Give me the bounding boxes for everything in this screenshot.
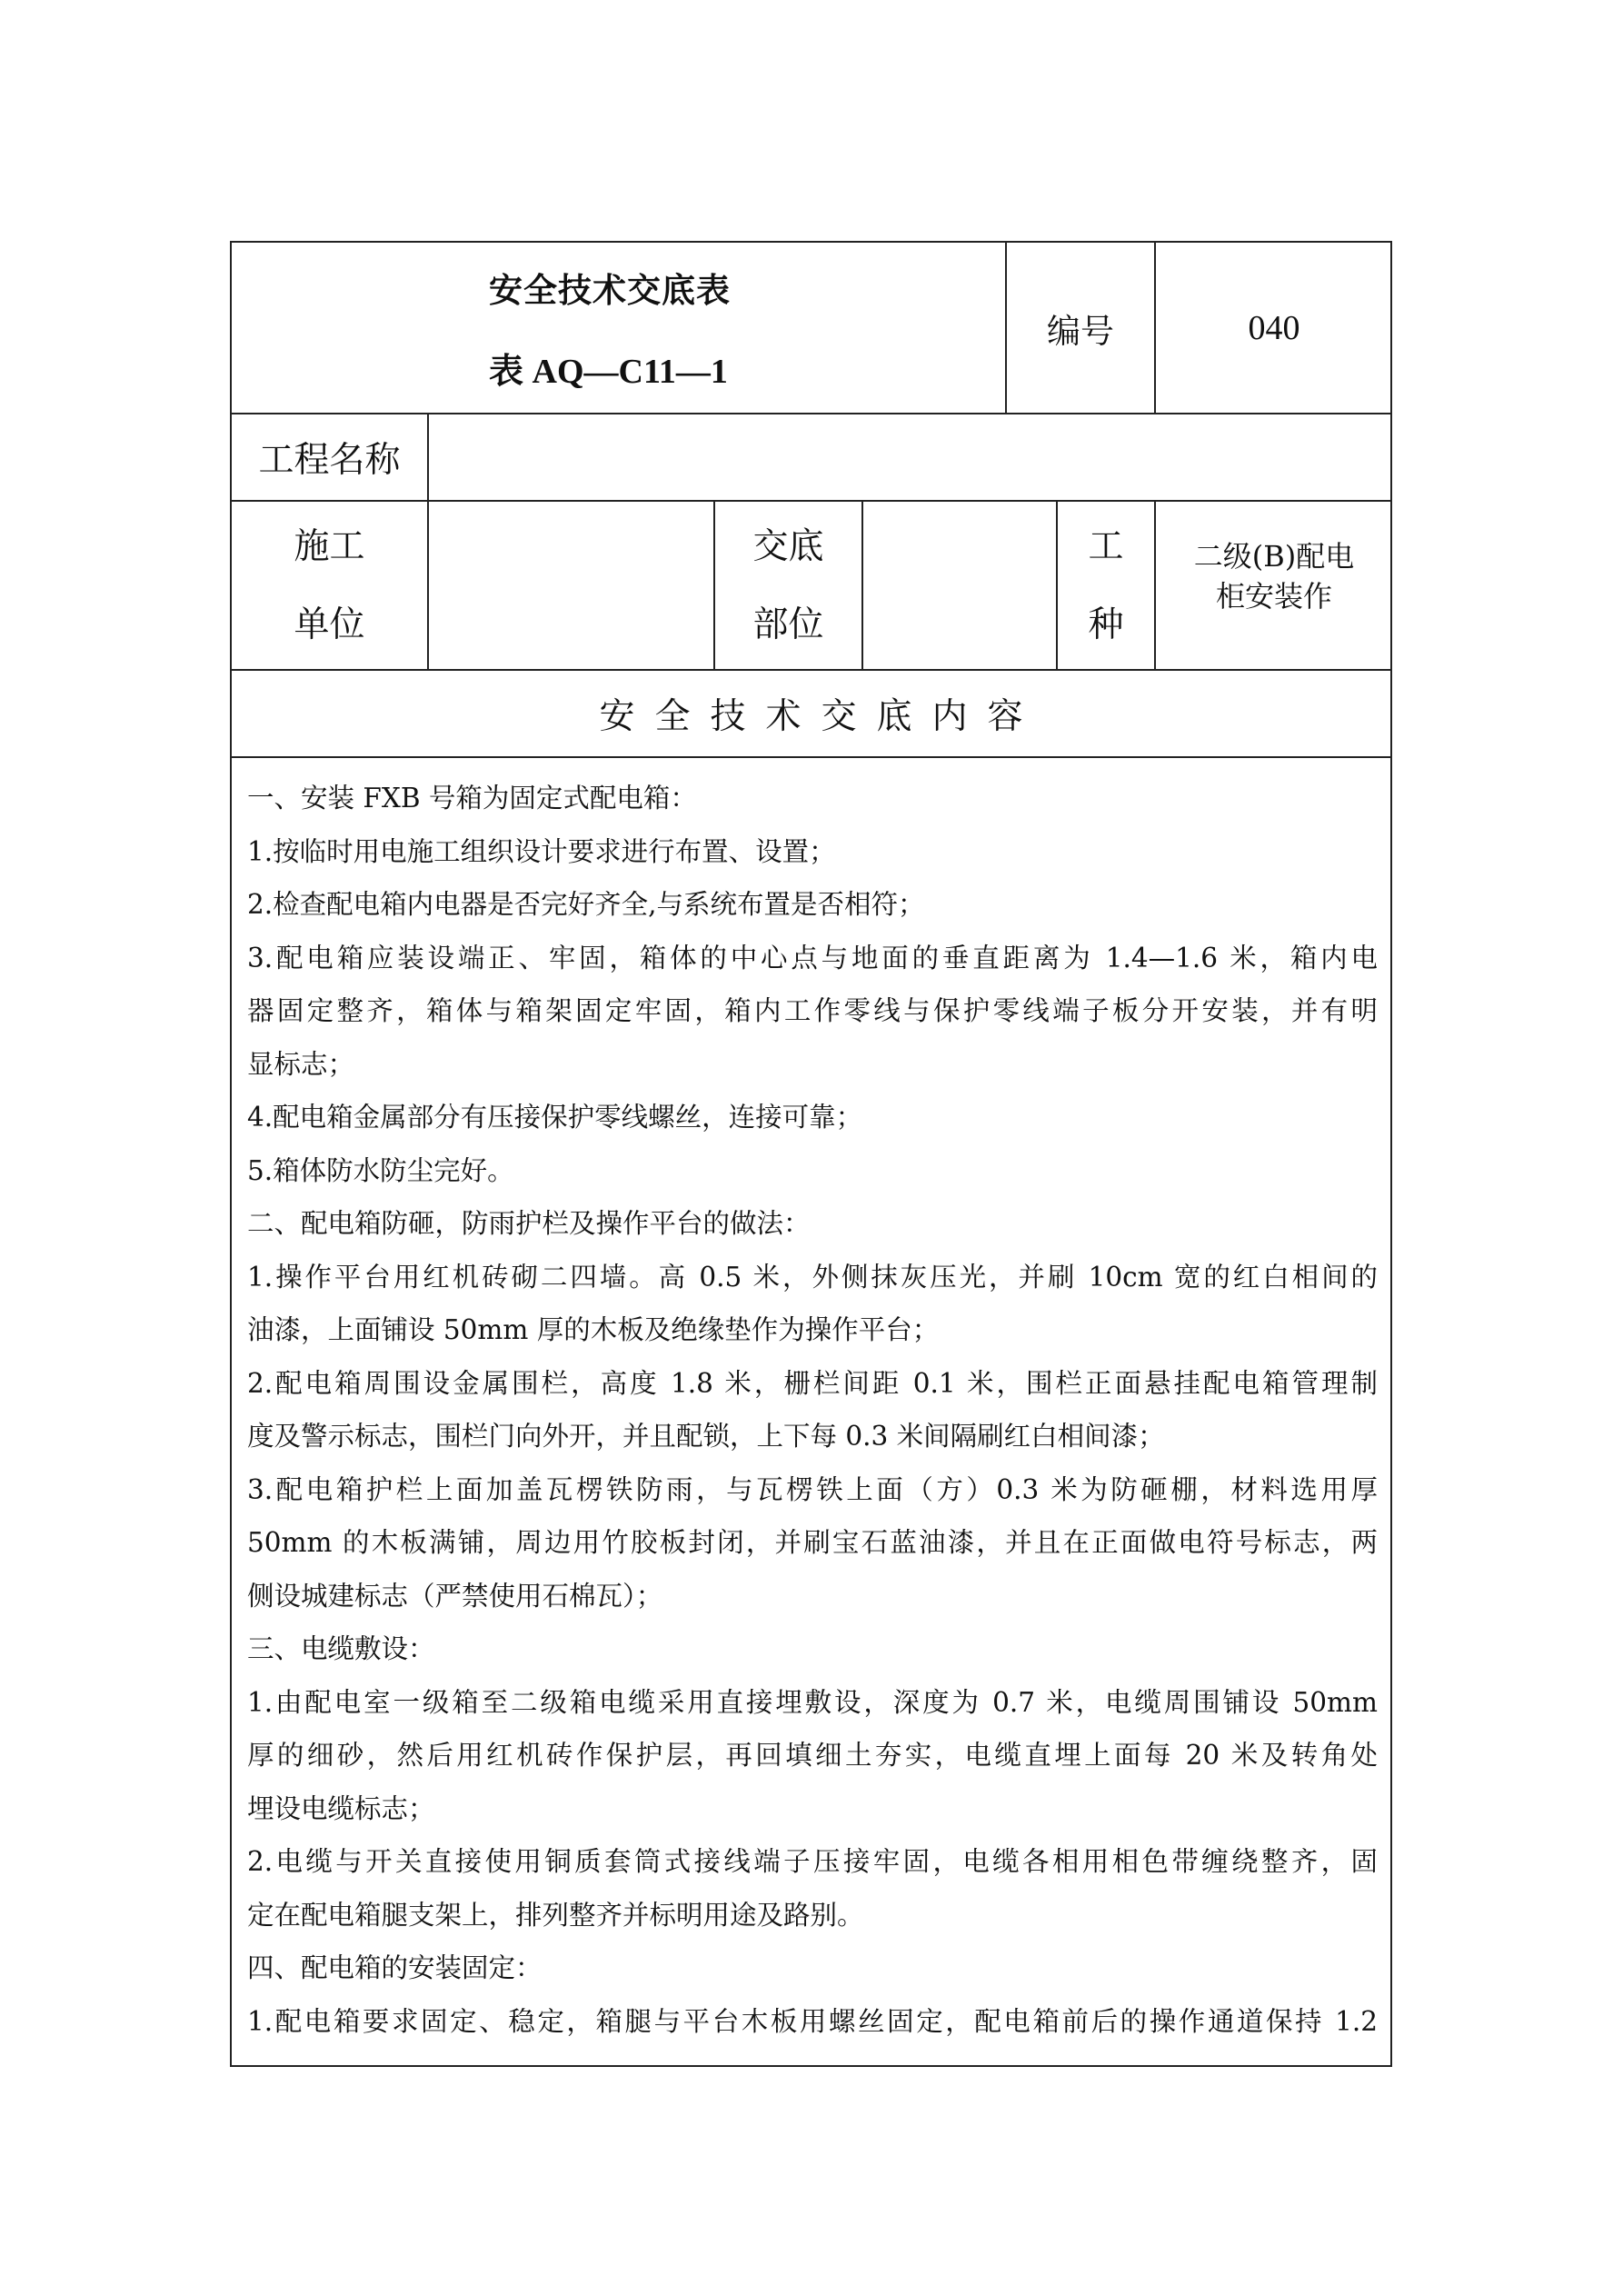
content-line: 3.配电箱应装设端正、牢固，箱体的中心点与地面的垂直距离为 1.4—1.6 米，… [247,932,1378,985]
construction-unit-label-line1: 施工 [294,529,364,564]
content-line: 1.按临时用电施工组织设计要求进行布置、设置； [247,825,1378,879]
form-code: 表 AQ—C11—1 [489,343,728,393]
construction-unit-value-cell [429,502,715,669]
content-line: 2.检查配电箱内电器是否完好齐全,与系统布置是否相符； [247,878,1378,932]
content-line: 1.配电箱要求固定、稳定，箱腿与平台木板用螺丝固定，配电箱前后的操作通道保持 1… [247,1995,1378,2049]
section-title-cell: 安全技术交底内容 [232,671,1390,756]
content-line: 二、配电箱防砸，防雨护栏及操作平台的做法： [247,1197,1378,1251]
project-name-row: 工程名称 [232,414,1390,502]
work-type-label: 工 种 [1088,529,1123,643]
content-line: 油漆，上面铺设 50mm 厚的木板及绝缘垫作为操作平台； [247,1303,1378,1357]
construction-unit-label: 施工 单位 [294,529,364,643]
content-line: 一、安装 FXB 号箱为固定式配电箱： [247,772,1378,825]
content-line: 三、电缆敷设： [247,1622,1378,1676]
content-line: 定在配电箱腿支架上，排列整齐并标明用途及路别。 [247,1889,1378,1942]
content-line: 厚的细砂，然后用红机砖作保护层，再回填细土夯实，电缆直埋上面每 20 米及转角处 [247,1729,1378,1782]
construction-unit-label-cell: 施工 单位 [232,502,429,669]
form-title: 安全技术交底表 [489,263,731,312]
form-header-row: 安全技术交底表 表 AQ—C11—1 编号 040 [232,243,1390,414]
form-title-cell: 安全技术交底表 表 AQ—C11—1 [232,243,1007,413]
section-title: 安全技术交底内容 [599,688,1042,739]
number-label: 编号 [1047,304,1114,353]
construction-unit-label-line2: 单位 [294,607,364,643]
content-line: 侧设城建标志（严禁使用石棉瓦）； [247,1570,1378,1623]
handover-position-label-line1: 交底 [752,529,823,564]
safety-handover-form: 安全技术交底表 表 AQ—C11—1 编号 040 工程名称 施工 [230,241,1392,2067]
content-line: 2.电缆与开关直接使用铜质套筒式接线端子压接牢固，电缆各相用相色带缠绕整齐，固 [247,1835,1378,1889]
number-value-cell: 040 [1156,243,1392,413]
content-line: 2.配电箱周围设金属围栏，高度 1.8 米，栅栏间距 0.1 米，围栏正面悬挂配… [247,1357,1378,1411]
number-value: 040 [1249,308,1300,348]
content-line: 度及警示标志，围栏门向外开，并且配锁，上下每 0.3 米间隔刷红白相间漆； [247,1410,1378,1463]
handover-position-value-cell [863,502,1058,669]
content-line: 显标志； [247,1038,1378,1092]
content-line: 5.箱体防水防尘完好。 [247,1144,1378,1198]
content-line: 埋设电缆标志； [247,1782,1378,1836]
content-line: 50mm 的木板满铺，周边用竹胶板封闭，并刷宝石蓝油漆，并且在正面做电符号标志，… [247,1516,1378,1570]
work-type-label-line2: 种 [1088,607,1123,643]
content-line: 器固定整齐，箱体与箱架固定牢固，箱内工作零线与保护零线端子板分开安装，并有明 [247,984,1378,1038]
handover-position-label-cell: 交底 部位 [715,502,863,669]
work-type-value-cell: 二级(B)配电柜安装作 [1156,502,1392,669]
content-line: 1.操作平台用红机砖砌二四墙。高 0.5 米，外侧抹灰压光，并刷 10cm 宽的… [247,1251,1378,1304]
number-label-cell: 编号 [1007,243,1156,413]
work-type-value: 二级(B)配电柜安装作 [1183,536,1365,616]
work-type-label-line1: 工 [1088,529,1123,564]
project-name-value-cell [429,414,1392,500]
handover-position-label: 交底 部位 [752,529,823,643]
content-line: 4.配电箱金属部分有压接保护零线螺丝，连接可靠； [247,1091,1378,1144]
content-line: 3.配电箱护栏上面加盖瓦楞铁防雨，与瓦楞铁上面（方）0.3 米为防砸棚，材料选用… [247,1463,1378,1517]
section-title-row: 安全技术交底内容 [232,671,1390,758]
handover-position-label-line2: 部位 [752,607,823,643]
content-line: 1.由配电室一级箱至二级箱电缆采用直接埋敷设，深度为 0.7 米，电缆周围铺设 … [247,1676,1378,1730]
unit-position-type-row: 施工 单位 交底 部位 工 种 [232,502,1390,671]
project-name-label-cell: 工程名称 [232,414,429,500]
work-type-label-cell: 工 种 [1058,502,1156,669]
content-line: 四、配电箱的安装固定： [247,1942,1378,1995]
document-page: 安全技术交底表 表 AQ—C11—1 编号 040 工程名称 施工 [0,0,1623,2296]
project-name-label: 工程名称 [258,432,400,483]
handover-content: 一、安装 FXB 号箱为固定式配电箱：1.按临时用电施工组织设计要求进行布置、设… [232,758,1390,2048]
